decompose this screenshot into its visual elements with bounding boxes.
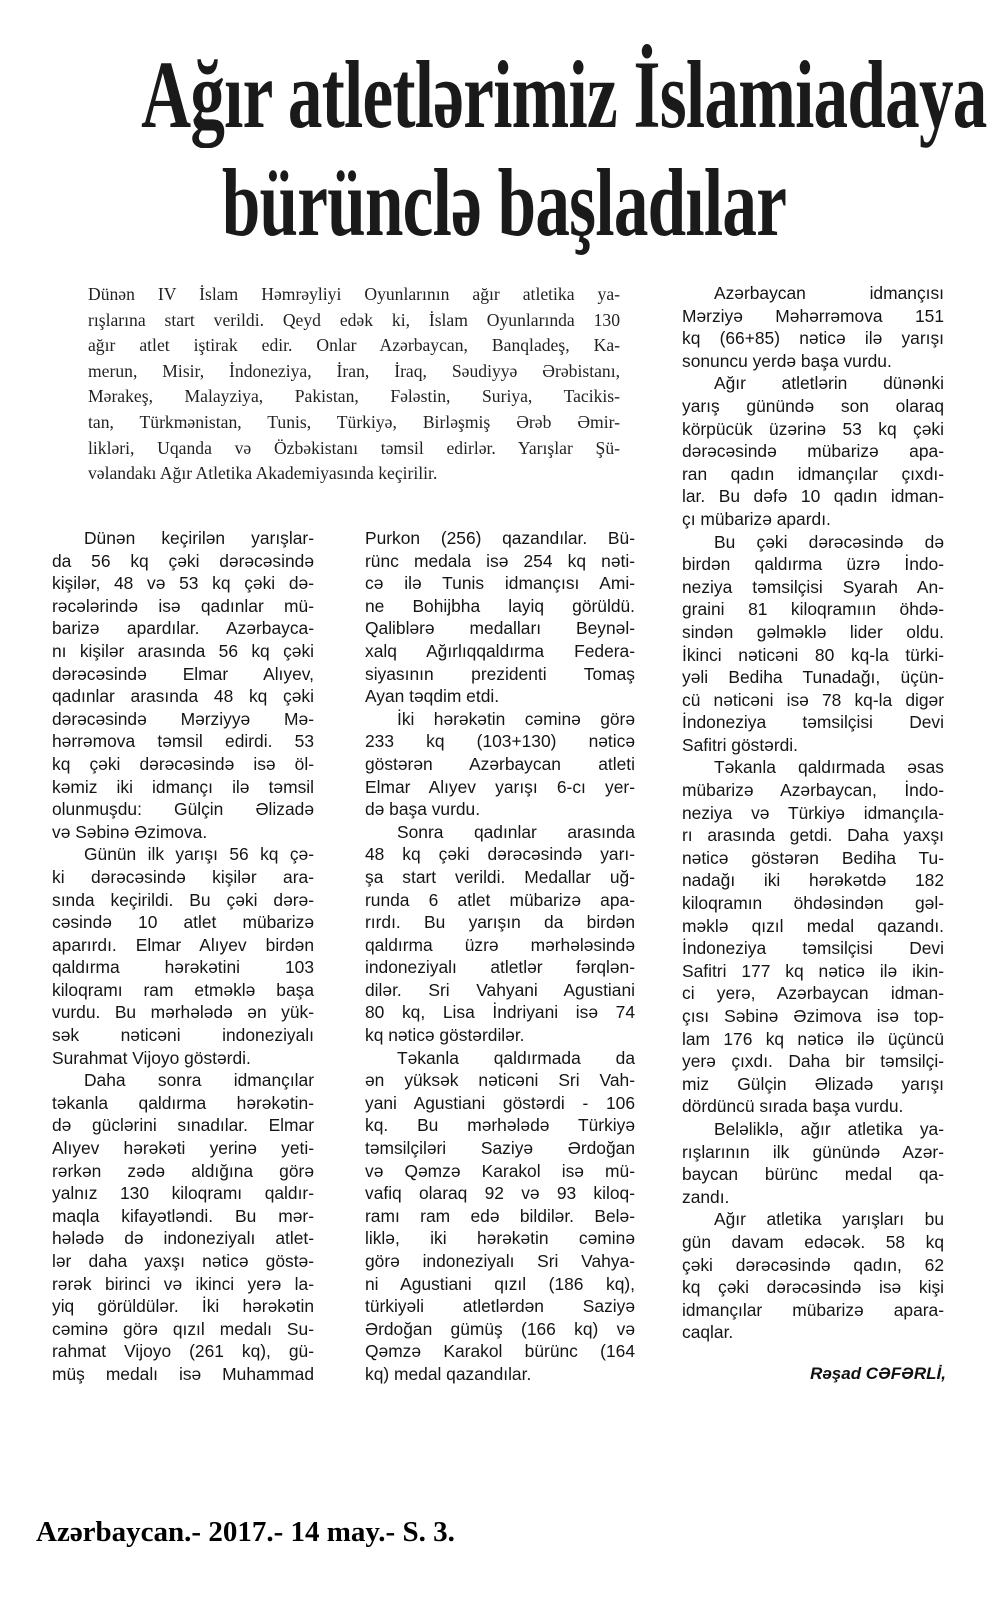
- column-line: sında keçirildi. Bu çəki dərə-: [52, 889, 314, 912]
- column-line: Elmar Alıyev yarışı 6-cı yer-: [365, 776, 635, 799]
- column-line: 48 kq çəki dərəcəsində yarı-: [365, 843, 635, 866]
- column-line: birdən qaldırma üzrə İndo-: [682, 553, 944, 576]
- lead-line: Mərakeş, Malayziya, Pakistan, Fələstin, …: [88, 384, 620, 410]
- lead-paragraph: Dünən IV İslam Həmrəyliyi Oyunlarının ağ…: [88, 282, 620, 487]
- author-byline: Rəşad CƏFƏRLİ,: [770, 1364, 946, 1384]
- column-line: hərrəmova təmsil edirdi. 53: [52, 730, 314, 753]
- column-line: İndoneziya təmsilçisi Devi: [682, 937, 944, 960]
- column-line: kq nəticə göstərdilər.: [365, 1024, 635, 1047]
- lead-line: tan, Türkmənistan, Tunis, Türkiyə, Birlə…: [88, 410, 620, 436]
- column-line: yəli Bediha Tunadağı, üçün-: [682, 666, 944, 689]
- column-line: qadınlar arasında 48 kq çəki: [52, 685, 314, 708]
- column-line: körpücük üzərinə 53 kq çəki: [682, 418, 944, 441]
- lead-line: vəlandakı Ağır Atletika Akademiyasında k…: [88, 461, 620, 487]
- column-line: kişilər, 48 və 53 kq çəki də-: [52, 572, 314, 595]
- column-line: Dünən keçirilən yarışlar-: [52, 527, 314, 550]
- lead-line: merun, Misir, İndoneziya, İran, İraq, Sə…: [88, 359, 620, 385]
- column-line: cü nəticəni isə 78 kq-la digər: [682, 689, 944, 712]
- column-line: dördüncü sırada başa vurdu.: [682, 1095, 944, 1118]
- column-line: kq çəki dərəcəsində isə kişi: [682, 1276, 944, 1299]
- column-line: Azərbaycan idmançısı: [682, 282, 944, 305]
- column-line: İndoneziya təmsilçisi Devi: [682, 711, 944, 734]
- column-line: və Qəmzə Karakol isə mü-: [365, 1160, 635, 1183]
- lead-line: Dünən IV İslam Həmrəyliyi Oyunlarının ağ…: [88, 282, 620, 308]
- column-line: vafiq olaraq 92 və 93 kiloq-: [365, 1182, 635, 1205]
- column-line: Ağır atletika yarışları bu: [682, 1208, 944, 1231]
- column-line: Ərdoğan gümüş (166 kq) və: [365, 1318, 635, 1341]
- column-line: qaldırma hərəkətini 103: [52, 956, 314, 979]
- column-line: nadağı iki hərəkətdə 182: [682, 869, 944, 892]
- column-line: Purkon (256) qazandılar. Bü-: [365, 527, 635, 550]
- column-line: sonuncu yerdə başa vurdu.: [682, 350, 944, 373]
- column-line: kq (66+85) nəticə ilə yarışı: [682, 327, 944, 350]
- column-line: də başa vurdu.: [365, 798, 635, 821]
- column-line: Beləliklə, ağır atletika ya-: [682, 1118, 944, 1141]
- column-line: graini 81 kiloqramıın öhdə-: [682, 598, 944, 621]
- column-line: Alıyev hərəkəti yerinə yeti-: [52, 1137, 314, 1160]
- column-line: xalq Ağırlıqqaldırma Federa-: [365, 640, 635, 663]
- column-line: rı arasında getdi. Daha yaxşı: [682, 824, 944, 847]
- column-line: hələdə də indoneziyalı atlet-: [52, 1227, 314, 1250]
- column-line: çəki dərəcəsində qadın, 62: [682, 1254, 944, 1277]
- headline-line-2: bürünclə başladılar: [141, 148, 867, 258]
- lead-line: rışlarına start verildi. Qeyd edək ki, İ…: [88, 308, 620, 334]
- column-line: rışlarının ilk günündə Azər-: [682, 1141, 944, 1164]
- column-line: neziya təmsilçisi Syarah An-: [682, 576, 944, 599]
- column-line: nı kişilər arasında 56 kq çəki: [52, 640, 314, 663]
- column-line: caqlar.: [682, 1321, 944, 1344]
- column-line: rərək birinci və ikinci yerə la-: [52, 1273, 314, 1296]
- column-line: rırdı. Bu yarışın da birdən: [365, 911, 635, 934]
- column-line: miz Gülçin Əlizadə yarışı: [682, 1073, 944, 1096]
- lead-line: likləri, Uqanda və Özbəkistanı təmsil ed…: [88, 436, 620, 462]
- column-line: Bu çəki dərəcəsində də: [682, 531, 944, 554]
- column-line: kiloqramı ram etməklə başa: [52, 979, 314, 1002]
- lead-line: ağır atlet iştirak edir. Onlar Azərbayca…: [88, 333, 620, 359]
- column-line: cə ilə Tunis idmançısı Ami-: [365, 572, 635, 595]
- column-line: lər daha yaxşı nəticə göstə-: [52, 1250, 314, 1273]
- column-line: çısı Səbinə Əzimova isə top-: [682, 1005, 944, 1028]
- column-line: ci yerə, Azərbaycan idman-: [682, 982, 944, 1005]
- column-line: müş medalı isə Muhammad: [52, 1363, 314, 1386]
- column-line: qaldırma üzrə mərhələsində: [365, 934, 635, 957]
- column-line: siyasının prezidenti Tomaş: [365, 663, 635, 686]
- column-line: vurdu. Bu mərhələdə ən yük-: [52, 1001, 314, 1024]
- column-line: yiq görüldülər. İki hərəkətin: [52, 1295, 314, 1318]
- column-line: yani Agustiani göstərdi - 106: [365, 1092, 635, 1115]
- column-line: Ayan təqdim etdi.: [365, 685, 635, 708]
- column-line: kq) medal qazandılar.: [365, 1363, 635, 1386]
- column-line: Təkanla qaldırmada da: [365, 1047, 635, 1070]
- column-line: kq çəki dərəcəsində isə öl-: [52, 753, 314, 776]
- column-line: zandı.: [682, 1186, 944, 1209]
- column-line: aparırdı. Elmar Alıyev birdən: [52, 934, 314, 957]
- column-line: məklə qızıl medal qazandı.: [682, 915, 944, 938]
- column-line: Qaliblərə medalları Beynəl-: [365, 617, 635, 640]
- column-line: çı mübarizə apardı.: [682, 508, 944, 531]
- column-line: ən yüksək nəticəni Sri Vah-: [365, 1069, 635, 1092]
- column-line: da 56 kq çəki dərəcəsində: [52, 550, 314, 573]
- column-line: yerə çıxdı. Daha bir təmsilçi-: [682, 1050, 944, 1073]
- column-line: Günün ilk yarışı 56 kq çə-: [52, 843, 314, 866]
- column-line: kiloqramın öhdəsindən gəl-: [682, 892, 944, 915]
- column-line: Sonra qadınlar arasında: [365, 821, 635, 844]
- column-line: olunmuşdu: Gülçin Əlizadə: [52, 798, 314, 821]
- column-line: və Səbinə Əzimova.: [52, 821, 314, 844]
- column-line: nəticə göstərən Bediha Tu-: [682, 847, 944, 870]
- column-line: dilər. Sri Vahyani Agustiani: [365, 979, 635, 1002]
- column-line: Təkanla qaldırmada əsas: [682, 756, 944, 779]
- column-line: rərkən zədə aldığına görə: [52, 1160, 314, 1183]
- column-line: liklə, iki hərəkətin cəminə: [365, 1227, 635, 1250]
- article-column-2: Purkon (256) qazandılar. Bü- rünc medala…: [365, 527, 635, 1386]
- column-line: şa start verildi. Medallar uğ-: [365, 866, 635, 889]
- column-line: Daha sonra idmançılar: [52, 1069, 314, 1092]
- column-line: də güclərini sınadılar. Elmar: [52, 1114, 314, 1137]
- column-line: baycan bürünc medal qa-: [682, 1163, 944, 1186]
- column-line: türkiyəli atletlərdən Saziyə: [365, 1295, 635, 1318]
- article-column-3: Azərbaycan idmançısı Mərziyə Məhərrəmova…: [682, 282, 944, 1344]
- column-line: yarış günündə son olaraq: [682, 395, 944, 418]
- column-line: cəminə görə qızıl medalı Su-: [52, 1318, 314, 1341]
- column-line: runda 6 atlet mübarizə apa-: [365, 889, 635, 912]
- column-line: Qəmzə Karakol bürünc (164: [365, 1340, 635, 1363]
- headline-line-1: Ağır atletlərimiz İslamiadaya: [141, 40, 867, 150]
- column-line: lam 176 kq nəticə ilə üçüncü: [682, 1028, 944, 1051]
- column-line: sək nəticəni indoneziyalı: [52, 1024, 314, 1047]
- column-line: yalnız 130 kiloqramı qaldır-: [52, 1182, 314, 1205]
- column-line: cəsində 10 atlet mübarizə: [52, 911, 314, 934]
- column-line: dərəcəsində mübarizə apa-: [682, 440, 944, 463]
- column-line: İkinci nəticəni 80 kq-la türki-: [682, 644, 944, 667]
- column-line: rahmat Vijoyo (261 kq), gü-: [52, 1340, 314, 1363]
- column-line: görə indoneziyalı Sri Vahya-: [365, 1250, 635, 1273]
- column-line: göstərən Azərbaycan atleti: [365, 753, 635, 776]
- column-line: dərəcəsində Elmar Alıyev,: [52, 663, 314, 686]
- column-line: kq. Bu mərhələdə Türkiyə: [365, 1114, 635, 1137]
- column-line: ne Bohijbha layiq görüldü.: [365, 595, 635, 618]
- column-line: Mərziyə Məhərrəmova 151: [682, 305, 944, 328]
- column-line: ni Agustiani qızıl (186 kq),: [365, 1273, 635, 1296]
- column-line: sindən gəlməklə lider oldu.: [682, 621, 944, 644]
- column-line: dərəcəsində Mərziyyə Mə-: [52, 708, 314, 731]
- column-line: Ağır atletlərin dünənki: [682, 372, 944, 395]
- column-line: 233 kq (103+130) nəticə: [365, 730, 635, 753]
- column-line: barizə apardılar. Azərbayca-: [52, 617, 314, 640]
- column-line: Safitri göstərdi.: [682, 734, 944, 757]
- column-line: İki hərəkətin cəminə görə: [365, 708, 635, 731]
- column-line: neziya və Türkiyə idmançıla-: [682, 802, 944, 825]
- column-line: təmsilçiləri Saziyə Ərdoğan: [365, 1137, 635, 1160]
- column-line: Surahmat Vijoyo göstərdi.: [52, 1047, 314, 1070]
- column-line: idmançılar mübarizə apara-: [682, 1299, 944, 1322]
- source-citation: Azərbaycan.- 2017.- 14 may.- S. 3.: [36, 1516, 455, 1549]
- column-line: ki dərəcəsində kişilər ara-: [52, 866, 314, 889]
- column-line: lar. Bu dəfə 10 qadın idman-: [682, 485, 944, 508]
- column-line: ramı ram edə bildilər. Belə-: [365, 1205, 635, 1228]
- column-line: gün davam edəcək. 58 kq: [682, 1231, 944, 1254]
- column-line: təkanla qaldırma hərəkətin-: [52, 1092, 314, 1115]
- column-line: maqla kifayətləndi. Bu mər-: [52, 1205, 314, 1228]
- column-line: Safitri 177 kq nəticə ilə ikin-: [682, 960, 944, 983]
- column-line: kəmiz iki idmançı ilə təmsil: [52, 776, 314, 799]
- column-line: 80 kq, Lisa İndriyani isə 74: [365, 1001, 635, 1024]
- column-line: rəcələrində isə qadınlar mü-: [52, 595, 314, 618]
- column-line: indoneziyalı atletlər fərqlən-: [365, 956, 635, 979]
- column-line: ran qadın idmançılar çıxdı-: [682, 463, 944, 486]
- column-line: rünc medala isə 254 kq nəti-: [365, 550, 635, 573]
- column-line: mübarizə Azərbaycan, İndo-: [682, 779, 944, 802]
- article-column-1: Dünən keçirilən yarışlar- da 56 kq çəki …: [52, 527, 314, 1386]
